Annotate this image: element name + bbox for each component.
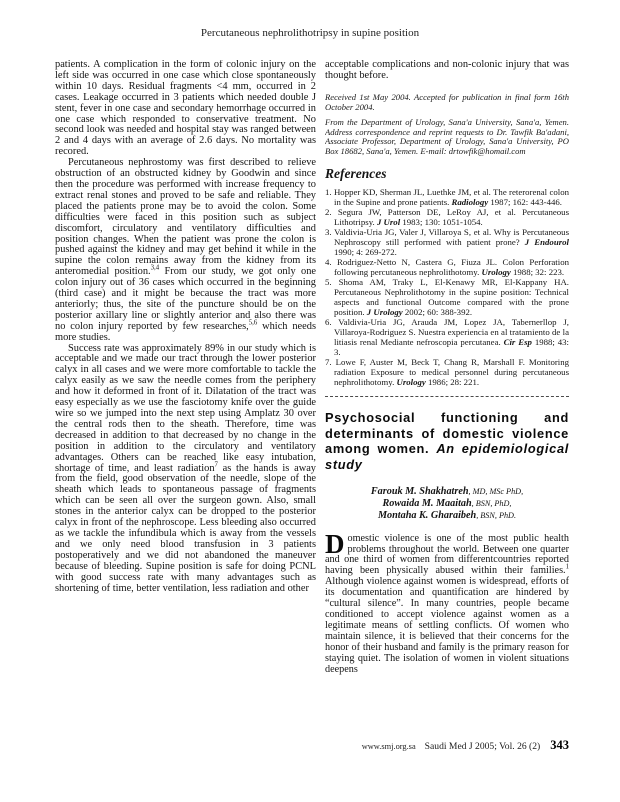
reference-item: 6. Valdivia-Uria JG, Arauda JM, Lopez JA… <box>325 317 569 357</box>
journal-name: Urology <box>481 267 510 277</box>
author-degrees: , BSN, PhD. <box>476 511 516 520</box>
reference-text: 1990; 4: 269-272. <box>334 247 397 257</box>
reference-text: 1983; 130: 1051-1054. <box>400 217 483 227</box>
paragraph-text: omestic violence is one of the most publ… <box>325 533 569 577</box>
paragraph-discussion-1: Percutaneous nephrostomy was first descr… <box>55 158 316 343</box>
paragraph-text: Although violence against women is wides… <box>325 576 569 674</box>
journal-name: J Urology <box>367 307 403 317</box>
paragraph-text: Success rate was approximately 89% in ou… <box>55 343 316 474</box>
paragraph-text: Percutaneous nephrostomy was first descr… <box>55 157 316 277</box>
paragraph-text: as the hands is away from the field, goo… <box>55 463 316 594</box>
paragraph-continuation: acceptable complications and non-colonic… <box>325 60 569 82</box>
reference-number: 7. <box>325 357 332 367</box>
right-column: acceptable complications and non-colonic… <box>325 60 569 736</box>
journal-name: J Urol <box>377 217 400 227</box>
paragraph-discussion-2: Success rate was approximately 89% in ou… <box>55 344 316 595</box>
reference-text: 1986; 28: 221. <box>426 377 479 387</box>
references-heading: References <box>325 166 569 182</box>
reference-number: 1. <box>325 187 332 197</box>
author-name: Farouk M. Shakhatreh <box>371 486 469 497</box>
author-degrees: , MD, MSc PhD, <box>469 487 524 496</box>
left-column: patients. A complication in the form of … <box>55 60 316 736</box>
footer-site-url: www.smj.org.sa <box>362 742 416 751</box>
author-name: Montaha K. Gharaibeh <box>378 510 476 521</box>
dropcap-letter: D <box>325 534 348 555</box>
reference-item: 5. Shoma AM, Traky L, El-Kenawy MR, El-K… <box>325 277 569 317</box>
journal-name: Radiology <box>452 197 489 207</box>
reference-item: 1. Hopper KD, Sherman JL, Luethke JM, et… <box>325 187 569 207</box>
reference-number: 5. <box>325 277 332 287</box>
running-header: Percutaneous nephrolithotripsy in supine… <box>0 27 620 39</box>
authors-block: Farouk M. Shakhatreh, MD, MSc PhD, Rowai… <box>325 486 569 521</box>
journal-name: J Endourol <box>525 237 569 247</box>
citation-superscript: 5,6 <box>249 319 258 326</box>
footer-page-number: 343 <box>550 738 569 752</box>
reference-number: 3. <box>325 227 332 237</box>
reference-number: 4. <box>325 257 332 267</box>
author-line: Farouk M. Shakhatreh, MD, MSc PhD, <box>325 486 569 498</box>
citation-superscript: 1 <box>566 564 569 571</box>
footer-journal-citation: Saudi Med J 2005; Vol. 26 (2) <box>425 741 541 752</box>
received-note: Received 1st May 2004. Accepted for publ… <box>325 93 569 113</box>
article2-opening-paragraph: Domestic violence is one of the most pub… <box>325 534 569 676</box>
reference-text: 1987; 162: 443-446. <box>488 197 562 207</box>
reference-number: 2. <box>325 207 332 217</box>
reference-text: 2002; 60: 388-392. <box>403 307 472 317</box>
paragraph-results: patients. A complication in the form of … <box>55 60 316 158</box>
journal-name: Cir Esp <box>504 337 532 347</box>
article-separator <box>325 396 569 397</box>
journal-name: Urology <box>396 377 425 387</box>
reference-number: 6. <box>325 317 332 327</box>
two-column-layout: patients. A complication in the form of … <box>55 60 569 736</box>
page-footer: www.smj.org.saSaudi Med J 2005; Vol. 26 … <box>55 736 569 754</box>
reference-text: 1988; 32: 223. <box>511 267 564 277</box>
reference-item: 4. Rodriguez-Netto N, Castera G, Fiuza J… <box>325 257 569 277</box>
citation-superscript: 3,4 <box>151 265 160 272</box>
author-degrees: , BSN, PhD, <box>472 499 512 508</box>
author-line: Rowaida M. Maaitah, BSN, PhD, <box>325 498 569 510</box>
reference-item: 3. Valdivia-Uria JG, Valer J, Villaroya … <box>325 227 569 257</box>
reference-item: 2. Segura JW, Patterson DE, LeRoy AJ, et… <box>325 207 569 227</box>
references-list: 1. Hopper KD, Sherman JL, Luethke JM, et… <box>325 187 569 387</box>
reference-item: 7. Lowe F, Auster M, Beck T, Chang R, Ma… <box>325 357 569 387</box>
article2-title: Psychosocial functioning and determinant… <box>325 410 569 472</box>
affiliation-note: From the Department of Urology, Sana'a U… <box>325 118 569 158</box>
author-name: Rowaida M. Maaitah <box>383 498 472 509</box>
author-line: Montaha K. Gharaibeh, BSN, PhD. <box>325 510 569 522</box>
